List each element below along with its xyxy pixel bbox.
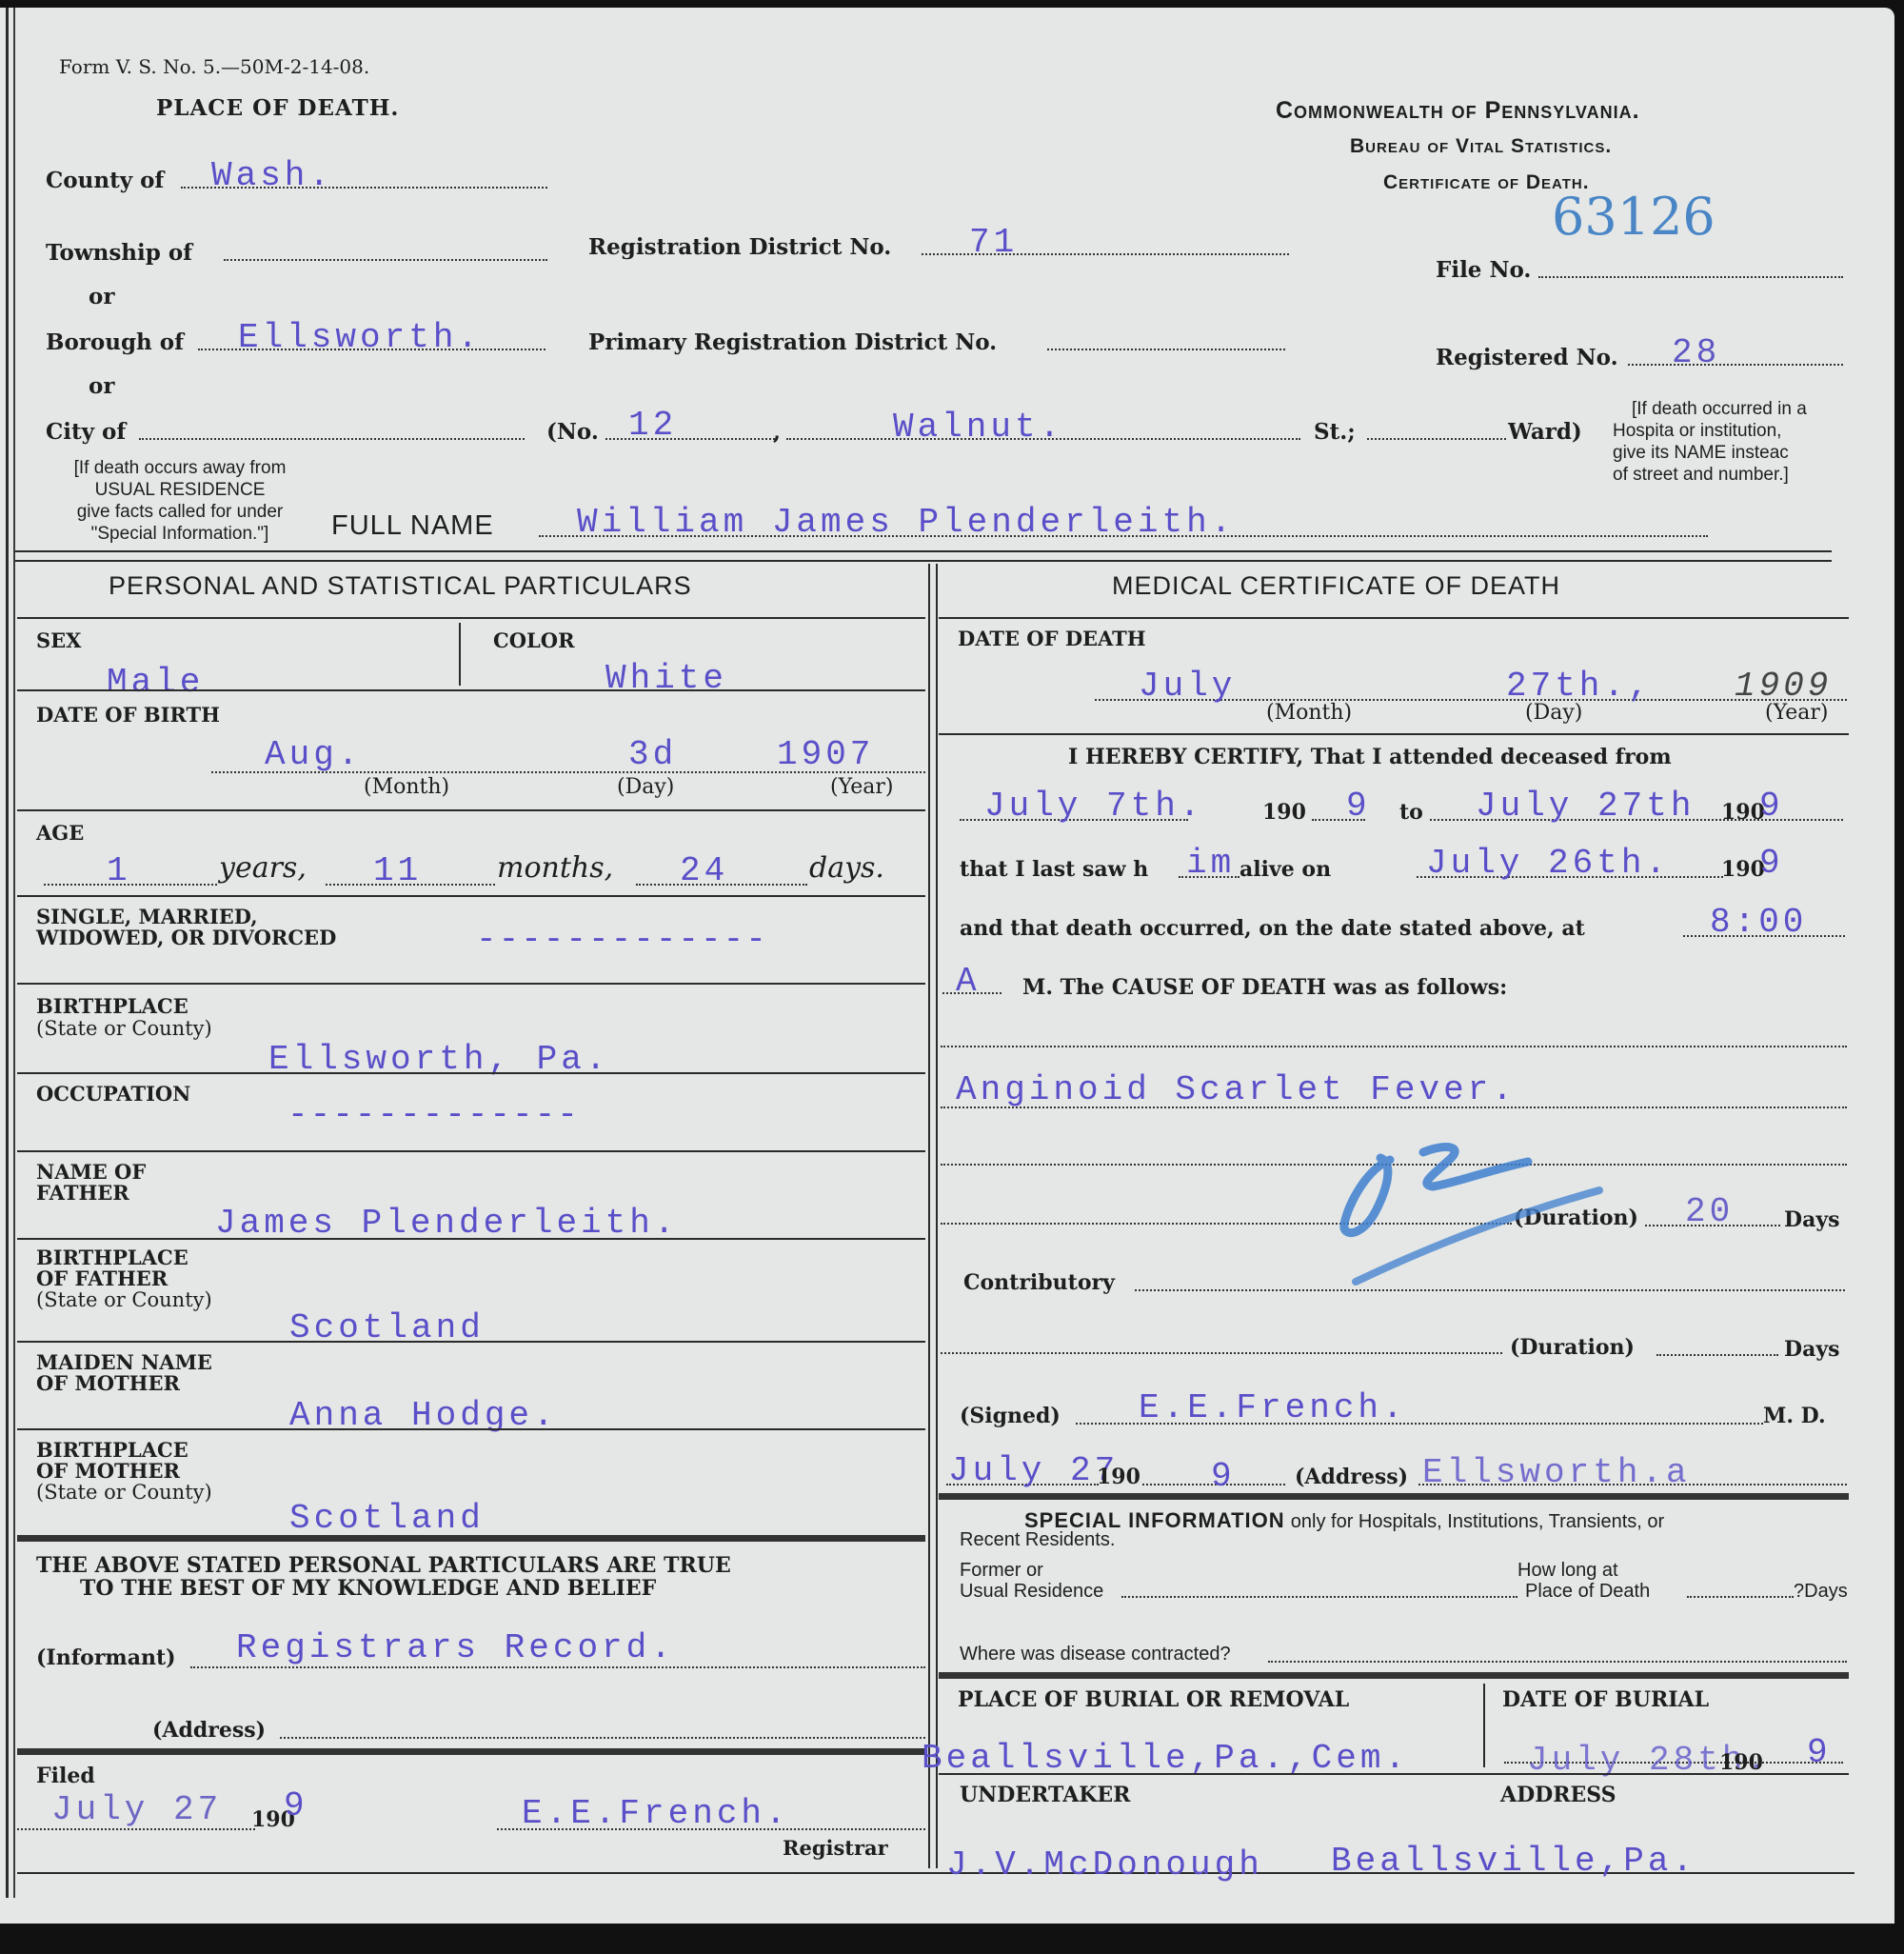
left-border-line: [6, 8, 9, 1898]
informant-thick-divider: [17, 1748, 925, 1755]
md-label: M. D.: [1763, 1404, 1826, 1428]
mother-birthplace-value: Scotland: [289, 1499, 485, 1538]
residence-note-line-3: give facts called for under: [44, 501, 316, 523]
filed-date-value: July 27: [51, 1790, 222, 1829]
residence-note-line-4: "Special Information."]: [44, 523, 316, 545]
father-birthplace-label-line-2: OF FATHER: [36, 1268, 212, 1289]
attended-from-year-prefix: 190: [1262, 800, 1306, 825]
age-label: AGE: [36, 821, 84, 845]
dod-day-caption: (Day): [1525, 701, 1582, 725]
marital-status-label: SINGLE, MARRIED, WIDOWED, OR DIVORCED: [36, 907, 336, 948]
filed-label: Filed: [36, 1764, 95, 1788]
attestation-line-1: THE ABOVE STATED PERSONAL PARTICULARS AR…: [36, 1554, 731, 1577]
township-field-line: [224, 259, 547, 261]
hospital-note-line-2: Hospita or institution,: [1613, 420, 1807, 442]
occupation-value: -------------: [288, 1095, 580, 1134]
birthplace-state-caption: (State or County): [36, 1017, 212, 1040]
death-time-value: 8:00: [1710, 903, 1807, 942]
attended-from-year-digit: 9: [1346, 787, 1371, 826]
place-of-death-title: PLACE OF DEATH.: [156, 95, 399, 121]
dod-year-value: 1909: [1735, 667, 1832, 706]
marital-label-line-1: SINGLE, MARRIED,: [36, 907, 336, 927]
registered-no-field-line: [1628, 364, 1843, 366]
borough-value: Ellsworth.: [238, 318, 482, 357]
dob-year-caption: (Year): [830, 775, 893, 799]
age-months-value: 11: [373, 851, 422, 890]
undertaker-label: UNDERTAKER: [960, 1783, 1130, 1807]
commonwealth-title: Commonwealth of Pennsylvania.: [1276, 97, 1640, 125]
city-label: City of: [46, 419, 126, 445]
filed-year-digit: 9: [284, 1786, 308, 1825]
how-long-field-line: [1687, 1596, 1794, 1598]
duration2-days-label: Days: [1784, 1337, 1840, 1362]
mother-name-label: MAIDEN NAME OF MOTHER: [36, 1352, 212, 1394]
birthplace-row-divider: [17, 1072, 925, 1074]
occupation-label: OCCUPATION: [36, 1082, 190, 1106]
age-days-value: 24: [680, 851, 728, 890]
county-value: Wash.: [211, 156, 333, 195]
color-value: White: [605, 659, 727, 698]
form-number: Form V. S. No. 5.—50M-2-14-08.: [59, 55, 369, 78]
dob-month-value: Aug.: [265, 735, 362, 774]
dod-month-caption: (Month): [1266, 701, 1352, 725]
days-word: days.: [809, 851, 884, 885]
bureau-title: Bureau of Vital Statistics.: [1350, 135, 1612, 158]
certify-statement: I HEREBY CERTIFY, That I attended deceas…: [1068, 745, 1672, 769]
or-label-2: or: [89, 373, 114, 399]
former-residence-field-line: [1121, 1596, 1517, 1598]
attestation-text: THE ABOVE STATED PERSONAL PARTICULARS AR…: [36, 1554, 731, 1600]
street-comma: ,: [773, 419, 781, 445]
special-information-header: SPECIAL INFORMATION only for Hospitals, …: [1024, 1508, 1664, 1533]
personal-section-title: PERSONAL AND STATISTICAL PARTICULARS: [109, 571, 692, 601]
father-birthplace-row-divider: [17, 1341, 925, 1343]
county-label: County of: [46, 168, 164, 193]
registration-district-value: 71: [969, 223, 1018, 262]
mother-birthplace-label: BIRTHPLACE OF MOTHER (State or County): [36, 1440, 212, 1503]
attestation-line-2: TO THE BEST OF MY KNOWLEDGE AND BELIEF: [36, 1577, 731, 1600]
medical-thick-divider: [939, 1493, 1849, 1500]
years-word: years,: [219, 851, 307, 885]
where-contracted-label: Where was disease contracted?: [960, 1644, 1231, 1665]
residence-note: [If death occurs away from USUAL RESIDEN…: [44, 457, 316, 545]
full-name-label: FULL NAME: [331, 510, 494, 542]
informant-address-label: (Address): [152, 1718, 266, 1743]
sex-row-divider: [17, 689, 925, 691]
informant-label: (Informant): [36, 1645, 176, 1670]
borough-label: Borough of: [46, 329, 184, 355]
am-pm-value: A: [956, 962, 981, 1001]
how-long-label-line-2: Place of Death: [1517, 1581, 1650, 1602]
dod-day-value: 27th.,: [1506, 667, 1653, 706]
hospital-note-line-1: [If death occurred in a: [1613, 398, 1807, 420]
dob-day-value: 3d: [628, 735, 677, 774]
last-saw-date-value: July 26th.: [1426, 844, 1670, 883]
medical-title-divider: [939, 617, 1849, 619]
dob-year-value: 1907: [777, 735, 874, 774]
last-saw-pronoun-value: im: [1186, 844, 1235, 883]
alive-on-label: alive on: [1240, 857, 1331, 882]
where-contracted-field-line: [1268, 1661, 1847, 1663]
mother-name-label-line-2: OF MOTHER: [36, 1373, 212, 1394]
signed-label: (Signed): [960, 1404, 1061, 1428]
attended-to-year-digit: 9: [1759, 787, 1784, 826]
dob-day-caption: (Day): [617, 775, 674, 799]
informant-address-field-line: [280, 1737, 925, 1739]
cause-of-death-value: Anginoid Scarlet Fever.: [956, 1070, 1517, 1109]
dod-year-caption: (Year): [1765, 701, 1828, 725]
crayon-mark-icon: [1323, 1133, 1618, 1295]
how-long-days-label: ?Days: [1794, 1581, 1848, 1603]
color-label: COLOR: [493, 628, 575, 652]
how-long-label: How long at Place of Death: [1517, 1560, 1650, 1602]
attended-to-value: July 27th: [1476, 787, 1695, 826]
medical-section-title: MEDICAL CERTIFICATE OF DEATH: [1112, 571, 1560, 601]
primary-registration-field-line: [1047, 349, 1285, 350]
age-row-divider: [17, 895, 925, 897]
father-name-row-divider: [17, 1238, 925, 1240]
signed-date-year-digit: 9: [1211, 1457, 1236, 1496]
hospital-note-line-4: of street and number.]: [1613, 464, 1807, 486]
street-name-value: Walnut.: [893, 408, 1063, 447]
sex-color-divider: [459, 623, 461, 686]
column-divider-right: [936, 564, 938, 1868]
or-label-1: or: [89, 284, 114, 309]
undertaker-address-label: ADDRESS: [1500, 1783, 1616, 1807]
duration-value: 20: [1685, 1192, 1734, 1231]
full-name-value: William James Plenderleith.: [577, 503, 1235, 542]
hospital-note: [If death occurred in a Hospita or insti…: [1613, 398, 1807, 486]
dob-month-caption: (Month): [364, 775, 449, 799]
mother-name-row-divider: [17, 1428, 925, 1430]
place-of-burial-label: PLACE OF BURIAL OR REMOVAL: [958, 1687, 1349, 1712]
undertaker-value: J.V.McDonough: [946, 1845, 1263, 1884]
undertaker-address-value: Beallsville,Pa.: [1331, 1842, 1696, 1881]
special-information-subtitle-2: Recent Residents.: [960, 1529, 1115, 1551]
dod-row-divider: [939, 733, 1849, 735]
mother-birthplace-state-caption: (State or County): [36, 1482, 212, 1503]
date-of-birth-label: DATE OF BIRTH: [36, 703, 220, 727]
duration2-field-line: [1656, 1354, 1778, 1356]
informant-value: Registrars Record.: [236, 1628, 675, 1667]
burial-column-divider: [1483, 1684, 1485, 1767]
father-birthplace-label-line-1: BIRTHPLACE: [36, 1247, 212, 1268]
special-information-subtitle: only for Hospitals, Institutions, Transi…: [1291, 1511, 1664, 1532]
registered-no-label: Registered No.: [1436, 345, 1618, 370]
age-years-value: 1: [107, 851, 131, 890]
death-time-label: and that death occurred, on the date sta…: [960, 916, 1585, 941]
marital-row-divider: [17, 983, 925, 985]
registered-no-value: 28: [1672, 333, 1720, 372]
last-saw-label: that I last saw h: [960, 857, 1148, 882]
father-name-label-line-2: FATHER: [36, 1183, 146, 1204]
marital-status-value: -------------: [476, 920, 768, 959]
city-field-line: [139, 438, 525, 440]
date-of-burial-year-digit: 9: [1807, 1733, 1832, 1772]
left-border-line-inner: [13, 8, 15, 1898]
cause-line-1: [941, 1046, 1847, 1047]
father-name-label: NAME OF FATHER: [36, 1162, 146, 1204]
contributory-field-line: [1135, 1289, 1845, 1291]
personal-section-thick-divider: [17, 1535, 925, 1542]
burial-row-divider: [939, 1773, 1849, 1775]
signed-date-year-prefix: 190: [1097, 1465, 1140, 1489]
registrar-label: Registrar: [783, 1836, 888, 1860]
residence-note-line-2: USUAL RESIDENCE: [44, 479, 316, 501]
mother-name-label-line-1: MAIDEN NAME: [36, 1352, 212, 1373]
birthplace-label: BIRTHPLACE: [36, 994, 188, 1018]
header-divider-bottom: [15, 560, 1832, 562]
cause-of-death-label: M. The CAUSE OF DEATH was as follows:: [1022, 975, 1507, 1000]
last-saw-year-digit: 9: [1759, 844, 1784, 883]
file-stamp-number: 63126: [1552, 187, 1716, 247]
street-no-label: (No.: [546, 419, 599, 445]
primary-registration-label: Primary Registration District No.: [588, 329, 997, 355]
attended-from-value: July 7th.: [984, 787, 1203, 826]
occupation-row-divider: [17, 1150, 925, 1152]
residence-note-line-1: [If death occurs away from: [44, 457, 316, 479]
special-info-thick-divider: [939, 1672, 1849, 1679]
duration2-label: (Duration): [1510, 1335, 1635, 1360]
sex-label: SEX: [36, 628, 81, 652]
file-no-label: File No.: [1436, 257, 1531, 283]
physician-address-label: (Address): [1295, 1465, 1408, 1489]
contributory-label: Contributory: [963, 1270, 1115, 1295]
mother-birthplace-label-line-1: BIRTHPLACE: [36, 1440, 212, 1461]
attended-to-label: to: [1399, 800, 1423, 825]
file-no-field-line: [1538, 276, 1843, 278]
place-of-burial-value: Beallsville,Pa.,Cem.: [922, 1739, 1409, 1778]
street-no-value: 12: [628, 406, 677, 445]
column-divider-left: [928, 564, 930, 1868]
father-name-label-line-1: NAME OF: [36, 1162, 146, 1183]
date-of-burial-label: DATE OF BURIAL: [1502, 1687, 1709, 1712]
registration-district-label: Registration District No.: [588, 234, 891, 260]
signed-date-value: July 27: [948, 1451, 1119, 1490]
former-residence-label-line-1: Former or: [960, 1560, 1103, 1581]
header-divider-top: [15, 550, 1832, 552]
how-long-label-line-1: How long at: [1517, 1560, 1650, 1581]
father-birthplace-label: BIRTHPLACE OF FATHER (State or County): [36, 1247, 212, 1310]
sex-value: Male: [107, 663, 204, 702]
marital-label-line-2: WIDOWED, OR DIVORCED: [36, 927, 336, 948]
duration-days-label: Days: [1784, 1207, 1840, 1232]
former-residence-label-line-2: Usual Residence: [960, 1581, 1103, 1602]
signed-value: E.E.French.: [1139, 1388, 1407, 1427]
contributory-line-2: [941, 1352, 1502, 1354]
mother-birthplace-label-line-2: OF MOTHER: [36, 1461, 212, 1482]
dod-month-value: July: [1139, 667, 1236, 706]
former-residence-label: Former or Usual Residence: [960, 1560, 1103, 1602]
ward-field-line: [1367, 438, 1506, 440]
personal-title-divider: [17, 617, 925, 619]
father-name-value: James Plenderleith.: [215, 1204, 678, 1243]
date-of-burial-year-prefix: 190: [1719, 1750, 1763, 1775]
ward-label: Ward): [1508, 419, 1582, 445]
street-st-label: St.;: [1314, 419, 1356, 445]
registrar-value: E.E.French.: [522, 1794, 790, 1833]
months-word: months,: [497, 851, 613, 885]
father-birthplace-state-caption: (State or County): [36, 1289, 212, 1310]
dob-row-divider: [17, 809, 925, 811]
date-of-death-label: DATE OF DEATH: [958, 627, 1146, 650]
township-label: Township of: [46, 240, 192, 266]
hospital-note-line-3: give its NAME insteac: [1613, 442, 1807, 464]
physician-address-value: Ellsworth.a: [1422, 1453, 1691, 1492]
